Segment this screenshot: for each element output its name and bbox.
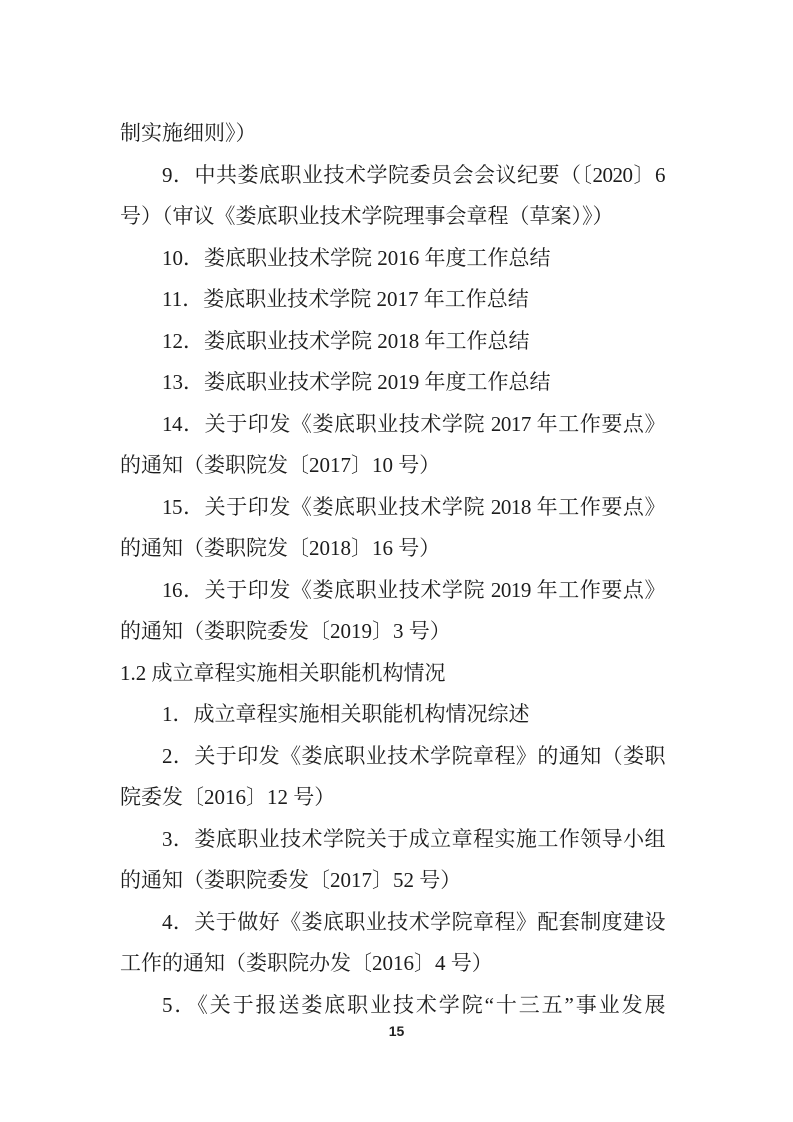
document-text-line: 的通知（娄职院发〔2018〕16 号） bbox=[120, 528, 665, 570]
document-text-line: 11．娄底职业技术学院 2017 年工作总结 bbox=[120, 279, 665, 321]
document-text-line: 号）（审议《娄底职业技术学院理事会章程（草案）》） bbox=[120, 196, 665, 238]
document-text-line: 的通知（娄职院委发〔2019〕3 号） bbox=[120, 611, 665, 653]
document-text-line: 10．娄底职业技术学院 2016 年度工作总结 bbox=[120, 238, 665, 280]
section-heading: 1.2 成立章程实施相关职能机构情况 bbox=[120, 653, 665, 695]
document-text-line: 13．娄底职业技术学院 2019 年度工作总结 bbox=[120, 362, 665, 404]
document-text-line: 制实施细则》） bbox=[120, 113, 665, 155]
document-text-line: 的通知（娄职院委发〔2017〕52 号） bbox=[120, 860, 665, 902]
document-text-line: 12．娄底职业技术学院 2018 年工作总结 bbox=[120, 321, 665, 363]
document-text-line: 15．关于印发《娄底职业技术学院 2018 年工作要点》 bbox=[120, 487, 665, 529]
page-number: 15 bbox=[0, 1024, 793, 1039]
document-text-line: 院委发〔2016〕12 号） bbox=[120, 777, 665, 819]
document-text-line: 9．中共娄底职业技术学院委员会会议纪要（〔2020〕6 bbox=[120, 155, 665, 197]
document-text-line: 2．关于印发《娄底职业技术学院章程》的通知（娄职 bbox=[120, 736, 665, 778]
document-text-line: 1．成立章程实施相关职能机构情况综述 bbox=[120, 694, 665, 736]
document-text-line: 3．娄底职业技术学院关于成立章程实施工作领导小组 bbox=[120, 819, 665, 861]
document-text-line: 5．《关于报送娄底职业技术学院“十三五”事业发展 bbox=[120, 985, 665, 1027]
document-text-line: 14．关于印发《娄底职业技术学院 2017 年工作要点》 bbox=[120, 404, 665, 446]
document-text-line: 工作的通知（娄职院办发〔2016〕4 号） bbox=[120, 943, 665, 985]
document-text-line: 的通知（娄职院发〔2017〕10 号） bbox=[120, 445, 665, 487]
document-page: 制实施细则》）9．中共娄底职业技术学院委员会会议纪要（〔2020〕6号）（审议《… bbox=[0, 0, 793, 1122]
document-text-line: 16．关于印发《娄底职业技术学院 2019 年工作要点》 bbox=[120, 570, 665, 612]
document-text-line: 4．关于做好《娄底职业技术学院章程》配套制度建设 bbox=[120, 902, 665, 944]
document-body: 制实施细则》）9．中共娄底职业技术学院委员会会议纪要（〔2020〕6号）（审议《… bbox=[120, 113, 665, 1026]
